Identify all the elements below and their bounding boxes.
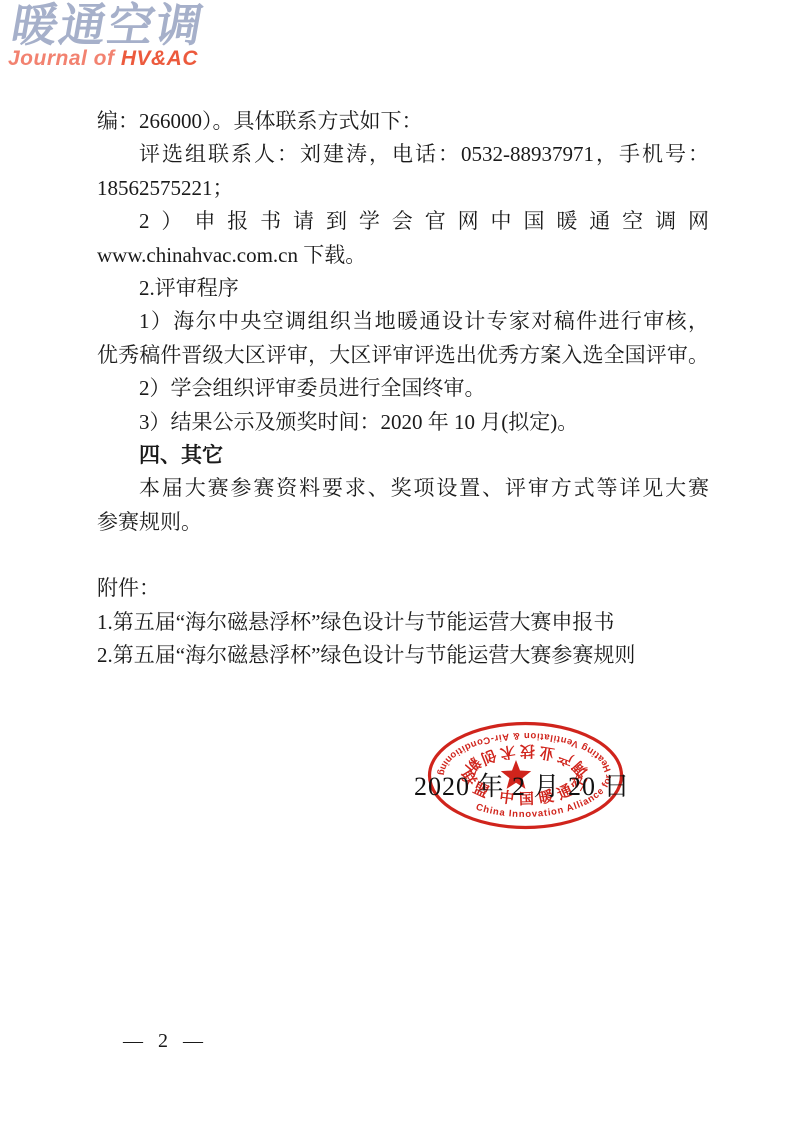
page-number: — 2 —	[123, 1030, 208, 1053]
body-line: 优秀稿件晋级大区评审，大区评审评选出优秀方案入选全国评审。	[97, 339, 709, 372]
section-heading-other: 四、其它	[97, 439, 709, 472]
body-line: 2）申报书请到学会官网中国暖通空调网	[97, 205, 709, 238]
body-line: 评选组联系人：刘建涛，电话：0532-88937971，手机号：	[97, 138, 709, 171]
body-line: 18562575221；	[97, 172, 709, 205]
body-line: www.chinahvac.com.cn 下载。	[97, 239, 709, 272]
journal-logo: 暖通空调 Journal of HV&AC	[8, 2, 200, 71]
document-date: 2020 年 2 月 20 日	[414, 770, 631, 804]
section-heading-review: 2.评审程序	[97, 272, 709, 305]
body-line: 参赛规则。	[97, 506, 709, 539]
document-page: 暖通空调 Journal of HV&AC 编：266000）。具体联系方式如下…	[0, 0, 793, 1122]
body-line: 3）结果公示及颁奖时间：2020 年 10 月(拟定)。	[97, 406, 709, 439]
body-line: 编：266000）。具体联系方式如下：	[97, 105, 709, 138]
journal-logo-chinese: 暖通空调	[8, 2, 208, 48]
attachments-label: 附件：	[97, 572, 709, 605]
document-body: 编：266000）。具体联系方式如下： 评选组联系人：刘建涛，电话：0532-8…	[97, 105, 709, 673]
body-line: 本届大赛参赛资料要求、奖项设置、评审方式等详见大赛	[97, 472, 709, 505]
body-line: 2）学会组织评审委员进行全国终审。	[97, 372, 709, 405]
attachment-item: 2.第五届“海尔磁悬浮杯”绿色设计与节能运营大赛参赛规则	[97, 639, 709, 672]
attachment-item: 1.第五届“海尔磁悬浮杯”绿色设计与节能运营大赛申报书	[97, 606, 709, 639]
blank-line	[97, 539, 709, 572]
body-line: 1）海尔中央空调组织当地暖通设计专家对稿件进行审核，	[97, 305, 709, 338]
